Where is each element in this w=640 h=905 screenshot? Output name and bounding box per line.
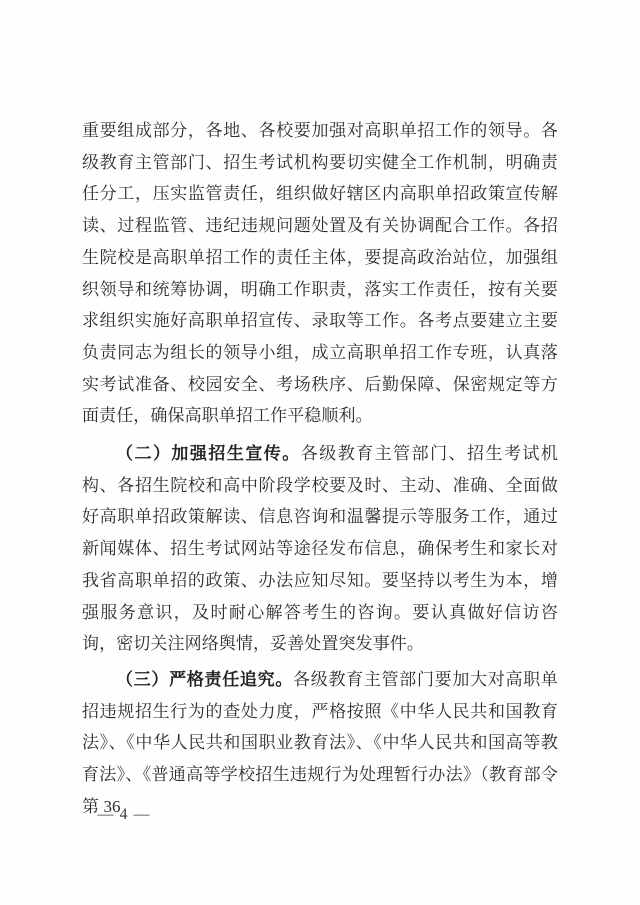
paragraph-heading: （二）加强招生宣传。 xyxy=(116,444,301,463)
paragraph-heading: （三）严格责任追究。 xyxy=(116,670,293,689)
paragraph-text: 各级教育主管部门、招生考试机构、各招生院校和高中阶段学校要及时、主动、准确、全面… xyxy=(82,444,558,653)
document-page: 重要组成部分，各地、各校要加强对高职单招工作的领导。各级教育主管部门、招生考试机… xyxy=(0,0,640,905)
paragraph-continuation: 重要组成部分，各地、各校要加强对高职单招工作的领导。各级教育主管部门、招生考试机… xyxy=(82,115,558,432)
page-number: — 4 — xyxy=(84,803,164,827)
document-body: 重要组成部分，各地、各校要加强对高职单招工作的领导。各级教育主管部门、招生考试机… xyxy=(82,115,558,822)
paragraph-item-2: （二）加强招生宣传。各级教育主管部门、招生考试机构、各招生院校和高中阶段学校要及… xyxy=(82,438,558,660)
paragraph-text: 重要组成部分，各地、各校要加强对高职单招工作的领导。各级教育主管部门、招生考试机… xyxy=(82,121,558,425)
paragraph-item-3: （三）严格责任追究。各级教育主管部门要加大对高职单招违规招生行为的查处力度，严格… xyxy=(82,664,558,823)
paragraph-text: 各级教育主管部门要加大对高职单招违规招生行为的查处力度，严格按照《中华人民共和国… xyxy=(82,670,558,816)
